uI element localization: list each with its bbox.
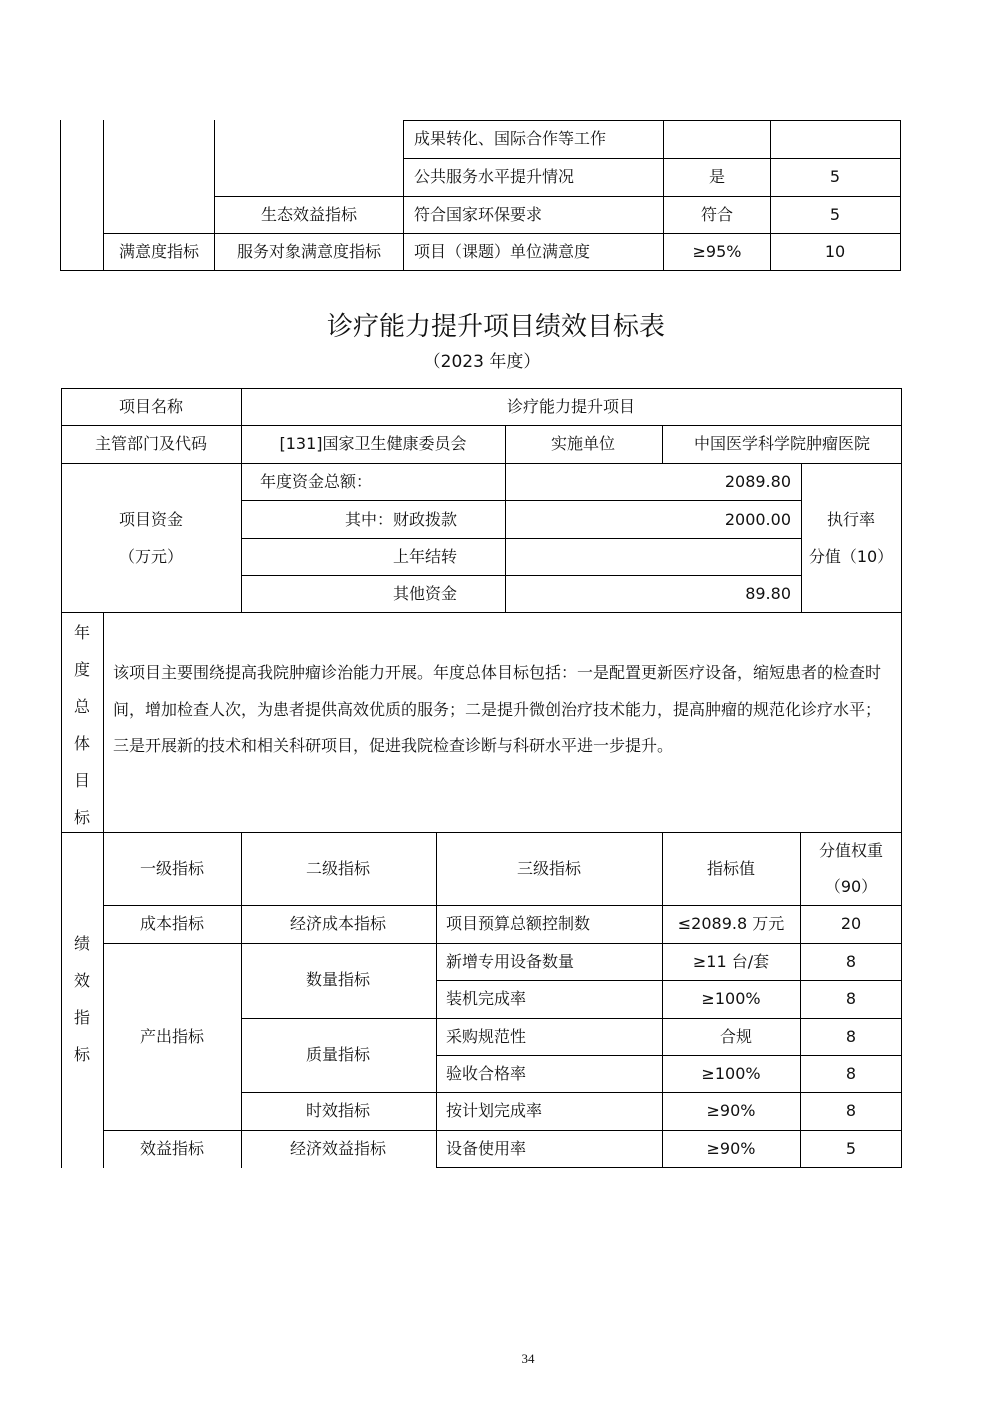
- table-border: [436, 1055, 901, 1056]
- table-border: [103, 612, 104, 1168]
- value-cell: ≤2089.8 万元: [678, 914, 784, 934]
- execution-rate-label: 执行率: [827, 510, 875, 530]
- table-border: [241, 500, 801, 501]
- table-border: [61, 463, 902, 464]
- table-border: [241, 1092, 901, 1093]
- table-border: [241, 832, 242, 1168]
- page-number: 34: [522, 1351, 535, 1367]
- level1-benefit: 效益指标: [140, 1139, 204, 1159]
- table-border: [61, 612, 902, 613]
- level3-cell: 符合国家环保要求: [414, 205, 542, 225]
- level3-cell: 新增专用设备数量: [446, 952, 574, 972]
- level3-cell: 公共服务水平提升情况: [414, 167, 574, 187]
- table-border: [901, 388, 902, 1168]
- funds-carryover-label: 上年结转: [393, 547, 457, 567]
- table-border: [403, 120, 901, 121]
- table-border: [505, 425, 506, 612]
- table-border: [403, 120, 404, 270]
- table-border: [103, 905, 901, 906]
- level3-cell: 成果转化、国际合作等工作: [414, 129, 606, 149]
- table-border: [103, 1130, 901, 1131]
- value-cell: ≥100%: [701, 989, 760, 1009]
- value-cell: 合规: [720, 1027, 752, 1047]
- level3-cell: 装机完成率: [446, 989, 526, 1009]
- funds-other-label: 其他资金: [393, 584, 457, 604]
- funds-other-value: 89.80: [745, 584, 791, 604]
- table-border: [662, 832, 663, 1168]
- table-border: [214, 196, 901, 197]
- score-cell: 20: [841, 914, 861, 934]
- header-value: 指标值: [707, 859, 755, 879]
- value-cell: ≥90%: [707, 1101, 756, 1121]
- score-cell: 8: [846, 1064, 856, 1084]
- funds-fiscal-value: 2000.00: [725, 510, 791, 530]
- table-border: [214, 120, 215, 270]
- impl-value: 中国医学科学院肿瘤医院: [694, 434, 870, 454]
- table-border: [900, 120, 901, 270]
- value-cell: ≥100%: [701, 1064, 760, 1084]
- level2-cell: 服务对象满意度指标: [237, 242, 381, 262]
- level2-time: 时效指标: [306, 1101, 370, 1121]
- level3-cell: 按计划完成率: [446, 1101, 542, 1121]
- level3-cell: 采购规范性: [446, 1027, 526, 1047]
- annual-goal-label: 年 度 总 体 目 标: [72, 614, 92, 836]
- table-border: [436, 980, 901, 981]
- level2-quantity: 数量指标: [306, 970, 370, 990]
- table-border: [800, 832, 801, 1168]
- funds-total-label: 年度资金总额：: [260, 472, 372, 492]
- table-border: [61, 425, 902, 426]
- table-border: [436, 832, 437, 1168]
- level1-cost: 成本指标: [140, 914, 204, 934]
- table-border: [662, 425, 663, 463]
- execution-rate-score: 分值（10）: [809, 547, 893, 567]
- dept-value: [131]国家卫生健康委员会: [279, 434, 466, 454]
- header-weight: 分值权重: [819, 841, 883, 861]
- table-border: [801, 463, 802, 612]
- level3-cell: 项目预算总额控制数: [446, 914, 590, 934]
- impl-label: 实施单位: [551, 434, 615, 454]
- header-level3: 三级指标: [517, 859, 581, 879]
- score-cell: 8: [846, 989, 856, 1009]
- table-border: [61, 388, 62, 1168]
- table-border: [663, 120, 664, 270]
- header-weight-total: （90）: [825, 877, 877, 897]
- level2-cell: 生态效益指标: [261, 205, 357, 225]
- table-border: [103, 233, 901, 234]
- project-name-label: 项目名称: [119, 397, 183, 417]
- table-border: [241, 538, 801, 539]
- performance-indicator-label: 绩 效 指 标: [72, 925, 92, 1073]
- table-border: [403, 158, 901, 159]
- document-subtitle: （2023 年度）: [424, 351, 541, 373]
- value-cell: 是: [709, 167, 725, 187]
- table-border: [61, 832, 902, 833]
- table-border: [436, 1167, 901, 1168]
- table-border: [61, 388, 902, 389]
- level2-econ-benefit: 经济效益指标: [290, 1139, 386, 1159]
- funds-unit-label: （万元）: [119, 547, 183, 567]
- table-border: [60, 120, 61, 270]
- document-title: 诊疗能力提升项目绩效目标表: [327, 310, 665, 344]
- table-border: [60, 270, 901, 271]
- level3-cell: 设备使用率: [446, 1139, 526, 1159]
- value-cell: ≥11 台/套: [693, 952, 769, 972]
- score-cell: 8: [846, 952, 856, 972]
- level2-quality: 质量指标: [306, 1045, 370, 1065]
- score-cell: 10: [825, 242, 845, 262]
- level3-cell: 项目（课题）单位满意度: [414, 242, 590, 262]
- header-level1: 一级指标: [140, 859, 204, 879]
- score-cell: 5: [830, 167, 840, 187]
- funds-total-value: 2089.80: [725, 472, 791, 492]
- level1-cell: 满意度指标: [119, 242, 199, 262]
- header-level2: 二级指标: [306, 859, 370, 879]
- funds-label: 项目资金: [119, 510, 183, 530]
- table-border: [103, 943, 901, 944]
- score-cell: 8: [846, 1101, 856, 1121]
- value-cell: ≥90%: [707, 1139, 756, 1159]
- score-cell: 8: [846, 1027, 856, 1047]
- project-name-value: 诊疗能力提升项目: [507, 397, 635, 417]
- level2-econ-cost: 经济成本指标: [290, 914, 386, 934]
- dept-label: 主管部门及代码: [95, 434, 207, 454]
- table-border: [241, 575, 801, 576]
- value-cell: 符合: [701, 205, 733, 225]
- score-cell: 5: [830, 205, 840, 225]
- table-border: [770, 120, 771, 270]
- score-cell: 5: [846, 1139, 856, 1159]
- table-border: [241, 1018, 901, 1019]
- annual-goal-text: 该项目主要围绕提高我院肿瘤诊治能力开展。年度总体目标包括：一是配置更新医疗设备，…: [113, 655, 895, 765]
- level3-cell: 验收合格率: [446, 1064, 526, 1084]
- level1-output: 产出指标: [140, 1027, 204, 1047]
- value-cell: ≥95%: [693, 242, 742, 262]
- table-border: [103, 120, 104, 270]
- funds-fiscal-label: 其中：财政拨款: [345, 510, 457, 530]
